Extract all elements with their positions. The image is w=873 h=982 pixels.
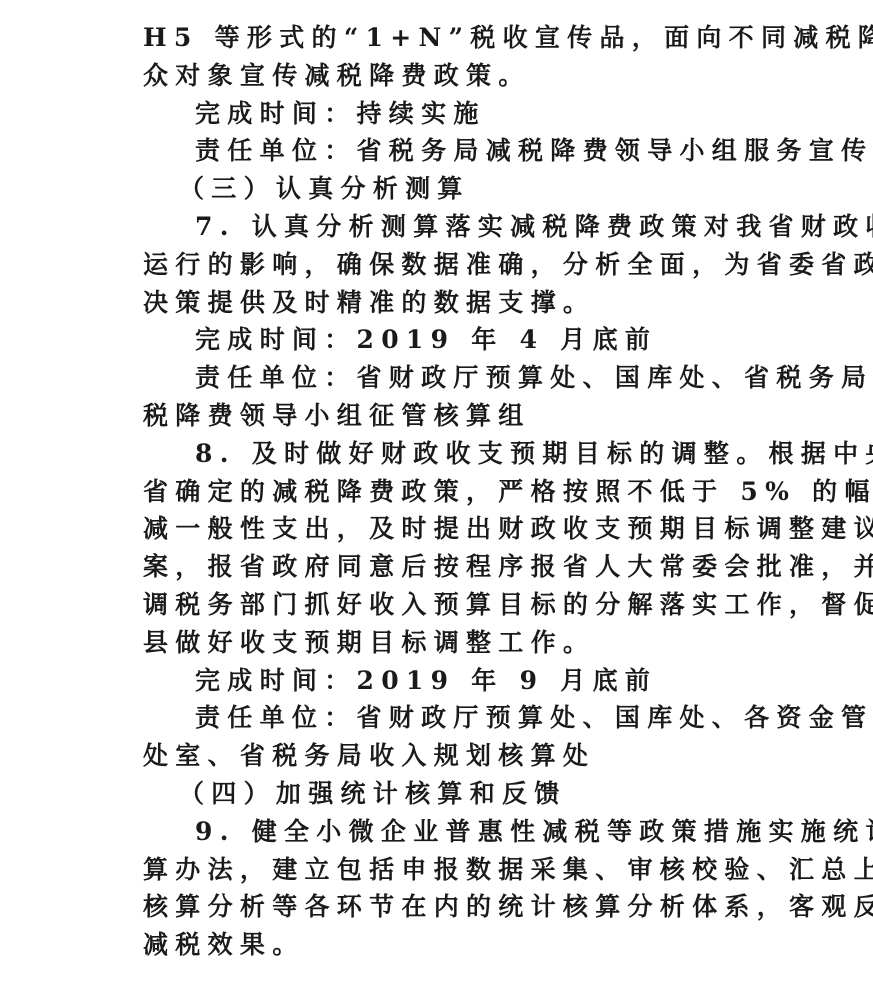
- body-text-line: 处室、省税务局收入规划核算处: [143, 737, 743, 775]
- body-text-line: 核算分析等各环节在内的统计核算分析体系，客观反映: [143, 888, 743, 926]
- item-7-start: 7. 认真分析测算落实减税降费政策对我省财政收支: [143, 208, 743, 246]
- completion-time-line: 完成时间：持续实施: [143, 95, 743, 133]
- responsible-unit-line: 责任单位：省财政厅预算处、国库处、省税务局减: [143, 359, 743, 397]
- body-text-line: 调税务部门抓好收入预算目标的分解落实工作，督促市: [143, 586, 743, 624]
- section-heading-3: （三）认真分析测算: [143, 170, 743, 208]
- body-text-line: 减一般性支出，及时提出财政收支预期目标调整建议方: [143, 510, 743, 548]
- completion-time-line: 完成时间：2019 年 4 月底前: [143, 321, 743, 359]
- item-9-start: 9. 健全小微企业普惠性减税等政策措施实施统计核: [143, 813, 743, 851]
- body-text-line: 案，报省政府同意后按程序报省人大常委会批准，并协: [143, 548, 743, 586]
- body-text-line: 税降费领导小组征管核算组: [143, 397, 743, 435]
- body-text-line: 运行的影响，确保数据准确，分析全面，为省委省政府: [143, 246, 743, 284]
- body-text-line: 算办法，建立包括申报数据采集、审核校验、汇总上报、: [143, 851, 743, 889]
- responsible-unit-line: 责任单位：省财政厅预算处、国库处、各资金管理: [143, 699, 743, 737]
- completion-time-line: 完成时间：2019 年 9 月底前: [143, 662, 743, 700]
- body-text-line: 省确定的减税降费政策，严格按照不低于 5% 的幅度压: [143, 473, 743, 511]
- document-page: H5 等形式的“1+N”税收宣传品，面向不同减税降费受 众对象宣传减税降费政策。…: [143, 19, 743, 964]
- body-text-line: 县做好收支预期目标调整工作。: [143, 624, 743, 662]
- body-text-line: 减税效果。: [143, 926, 743, 964]
- body-text-line: 决策提供及时精准的数据支撑。: [143, 284, 743, 322]
- responsible-unit-line: 责任单位：省税务局减税降费领导小组服务宣传组: [143, 132, 743, 170]
- body-text-line: H5 等形式的“1+N”税收宣传品，面向不同减税降费受: [143, 19, 743, 57]
- item-8-start: 8. 及时做好财政收支预期目标的调整。根据中央、: [143, 435, 743, 473]
- body-text-line: 众对象宣传减税降费政策。: [143, 57, 743, 95]
- section-heading-4: （四）加强统计核算和反馈: [143, 775, 743, 813]
